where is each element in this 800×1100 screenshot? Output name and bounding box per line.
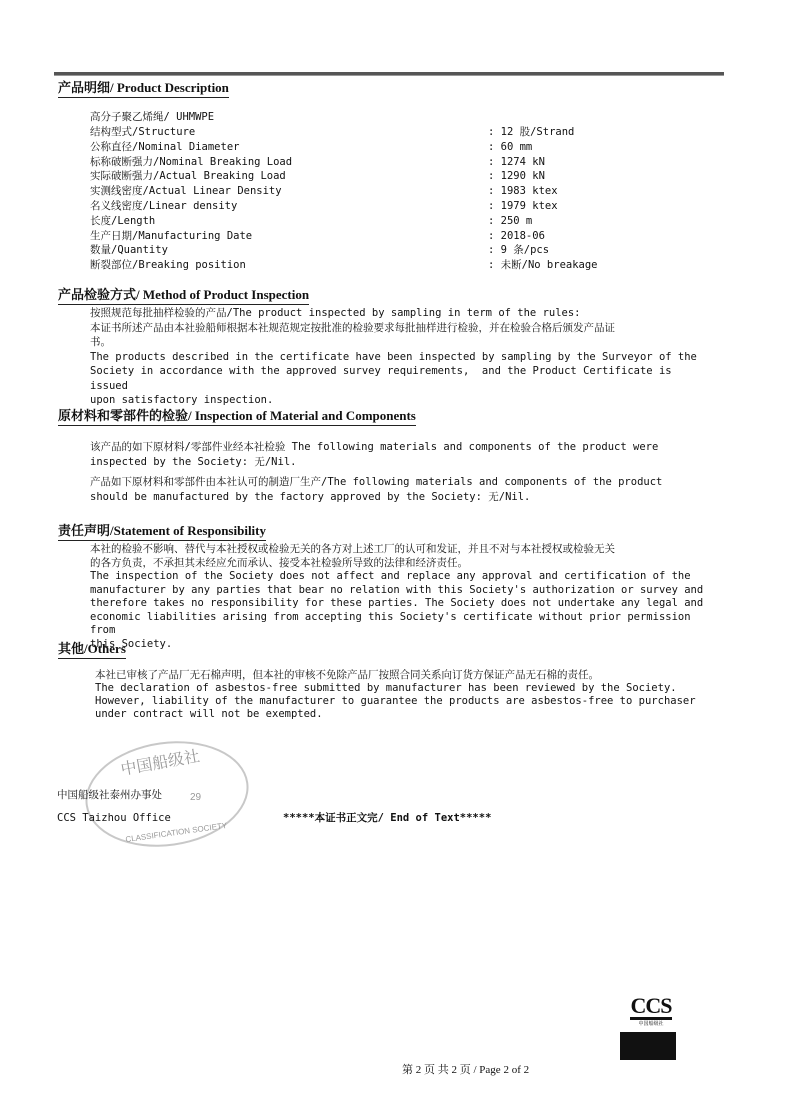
spec-label: 公称直径/Nominal Diameter <box>90 140 488 155</box>
stamp-number: 29 <box>190 792 201 803</box>
spec-label: 数量/Quantity <box>90 243 488 258</box>
spec-value: : 60 mm <box>488 140 532 155</box>
method-text: 按照规范每批抽样检验的产品/The product inspected by s… <box>90 306 710 408</box>
spec-row: 数量/Quantity: 9 条/pcs <box>90 243 598 258</box>
spec-label: 长度/Length <box>90 214 488 229</box>
spec-label: 实际破断强力/Actual Breaking Load <box>90 169 488 184</box>
spec-row: 生产日期/Manufacturing Date: 2018-06 <box>90 229 598 244</box>
ccs-logo: CCS 中国船级社 <box>628 996 674 1027</box>
materials-text-2: 产品如下原材料和零部件由本社认可的制造厂生产/The following mat… <box>90 475 710 504</box>
spec-value: : 250 m <box>488 214 532 229</box>
spec-label: 生产日期/Manufacturing Date <box>90 229 488 244</box>
spec-row: 实测线密度/Actual Linear Density: 1983 ktex <box>90 184 598 199</box>
office-name-en: CCS Taizhou Office <box>57 811 171 826</box>
spec-label: 断裂部位/Breaking position <box>90 258 488 273</box>
spec-row: 断裂部位/Breaking position: 未断/No breakage <box>90 258 598 273</box>
spec-row: 公称直径/Nominal Diameter: 60 mm <box>90 140 598 155</box>
section-heading-materials: 原材料和零部件的检验/ Inspection of Material and C… <box>58 405 416 426</box>
top-rule <box>54 72 724 76</box>
logo-sub: 中国船级社 <box>628 1021 674 1027</box>
spec-label: 实测线密度/Actual Linear Density <box>90 184 488 199</box>
redacted-block <box>620 1032 676 1060</box>
section-heading-product-description: 产品明细/ Product Description <box>58 77 229 98</box>
spec-value: : 9 条/pcs <box>488 243 549 258</box>
office-name-cn: 中国船级社泰州办事处 <box>57 788 162 803</box>
section-heading-method: 产品检验方式/ Method of Product Inspection <box>58 284 309 305</box>
responsibility-text: 本社的检验不影响、替代与本社授权或检验无关的各方对上述工厂的认可和发证，并且不对… <box>90 543 710 651</box>
spec-value: : 1274 kN <box>488 155 545 170</box>
spec-row: 长度/Length: 250 m <box>90 214 598 229</box>
spec-value: : 1983 ktex <box>488 184 558 199</box>
section-heading-others: 其他/Others <box>58 638 126 659</box>
spec-value: : 1979 ktex <box>488 199 558 214</box>
spec-row: 名义线密度/Linear density: 1979 ktex <box>90 199 598 214</box>
spec-value: : 12 股/Strand <box>488 125 574 140</box>
section-heading-responsibility: 责任声明/Statement of Responsibility <box>58 520 266 541</box>
spec-row: 结构型式/Structure: 12 股/Strand <box>90 125 598 140</box>
materials-text-1: 该产品的如下原材料/零部件业经本社检验 The following materi… <box>90 440 710 469</box>
spec-row: 标称破断强力/Nominal Breaking Load: 1274 kN <box>90 155 598 170</box>
spec-label: 结构型式/Structure <box>90 125 488 140</box>
spec-row: 实际破断强力/Actual Breaking Load: 1290 kN <box>90 169 598 184</box>
spec-label: 名义线密度/Linear density <box>90 199 488 214</box>
product-name: 高分子聚乙烯绳/ UHMWPE <box>90 110 214 125</box>
spec-label: 标称破断强力/Nominal Breaking Load <box>90 155 488 170</box>
logo-text: CCS <box>628 996 674 1016</box>
spec-value: : 2018-06 <box>488 229 545 244</box>
end-of-text: *****本证书正文完/ End of Text***** <box>283 811 491 826</box>
spec-list: 结构型式/Structure: 12 股/Strand公称直径/Nominal … <box>90 125 598 273</box>
spec-value: : 未断/No breakage <box>488 258 598 273</box>
page-number: 第 2 页 共 2 页 / Page 2 of 2 <box>402 1061 529 1077</box>
others-text: 本社已审核了产品厂无石棉声明，但本社的审核不免除产品厂按照合同关系向订货方保证产… <box>95 669 715 721</box>
spec-value: : 1290 kN <box>488 169 545 184</box>
